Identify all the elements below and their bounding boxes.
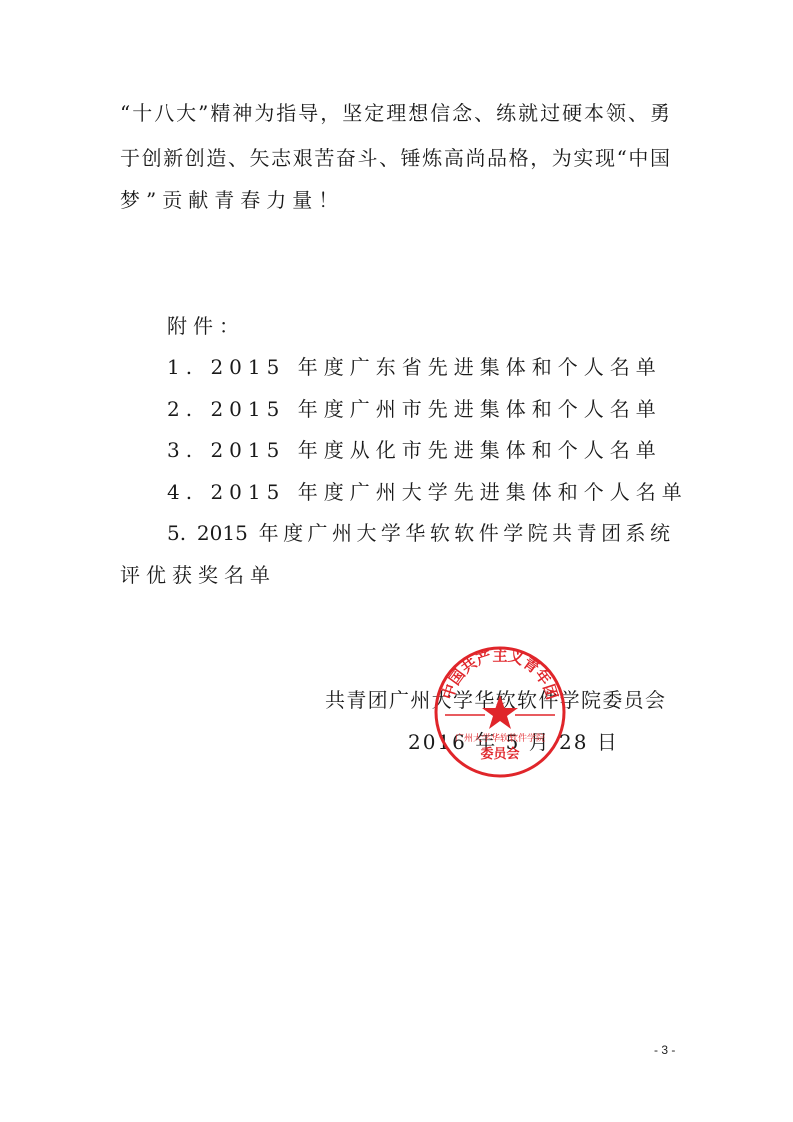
seal-arc-text: 中国共产主义青年团 xyxy=(439,646,562,701)
page-number: - 3 - xyxy=(654,1043,675,1057)
body-line-2: 于创新创造、矢志艰苦奋斗、锤炼高尚品格，为实现“中国 xyxy=(120,146,670,170)
body-line-3: 梦”贡献青春力量！ xyxy=(120,188,344,212)
attachment-item-1: 1. 2015 年度广东省先进集体和个人名单 xyxy=(167,355,662,379)
seal-inner-text: 广州大学华软软件学院 xyxy=(455,732,545,744)
official-seal-icon: 中国共产主义青年团 广州大学华软软件学院 委员会 xyxy=(433,645,567,779)
attachment-item-5: 5. 2015 年度广州大学华软软件学院共青团系统 xyxy=(167,521,670,545)
attachments-heading: 附件： xyxy=(167,314,245,338)
attachment-item-2: 2. 2015 年度广州市先进集体和个人名单 xyxy=(167,397,662,421)
seal-bottom-text: 委员会 xyxy=(480,746,519,762)
attachment-item-3: 3. 2015 年度从化市先进集体和个人名单 xyxy=(167,438,662,462)
attachment-item-5-continued: 评优获奖名单 xyxy=(120,563,276,587)
body-line-1: “十八大”精神为指导，坚定理想信念、练就过硬本领、勇 xyxy=(120,101,670,125)
svg-text:中国共产主义青年团: 中国共产主义青年团 xyxy=(439,646,562,701)
attachment-item-4: 4. 2015 年度广州大学先进集体和个人名单 xyxy=(167,480,688,504)
